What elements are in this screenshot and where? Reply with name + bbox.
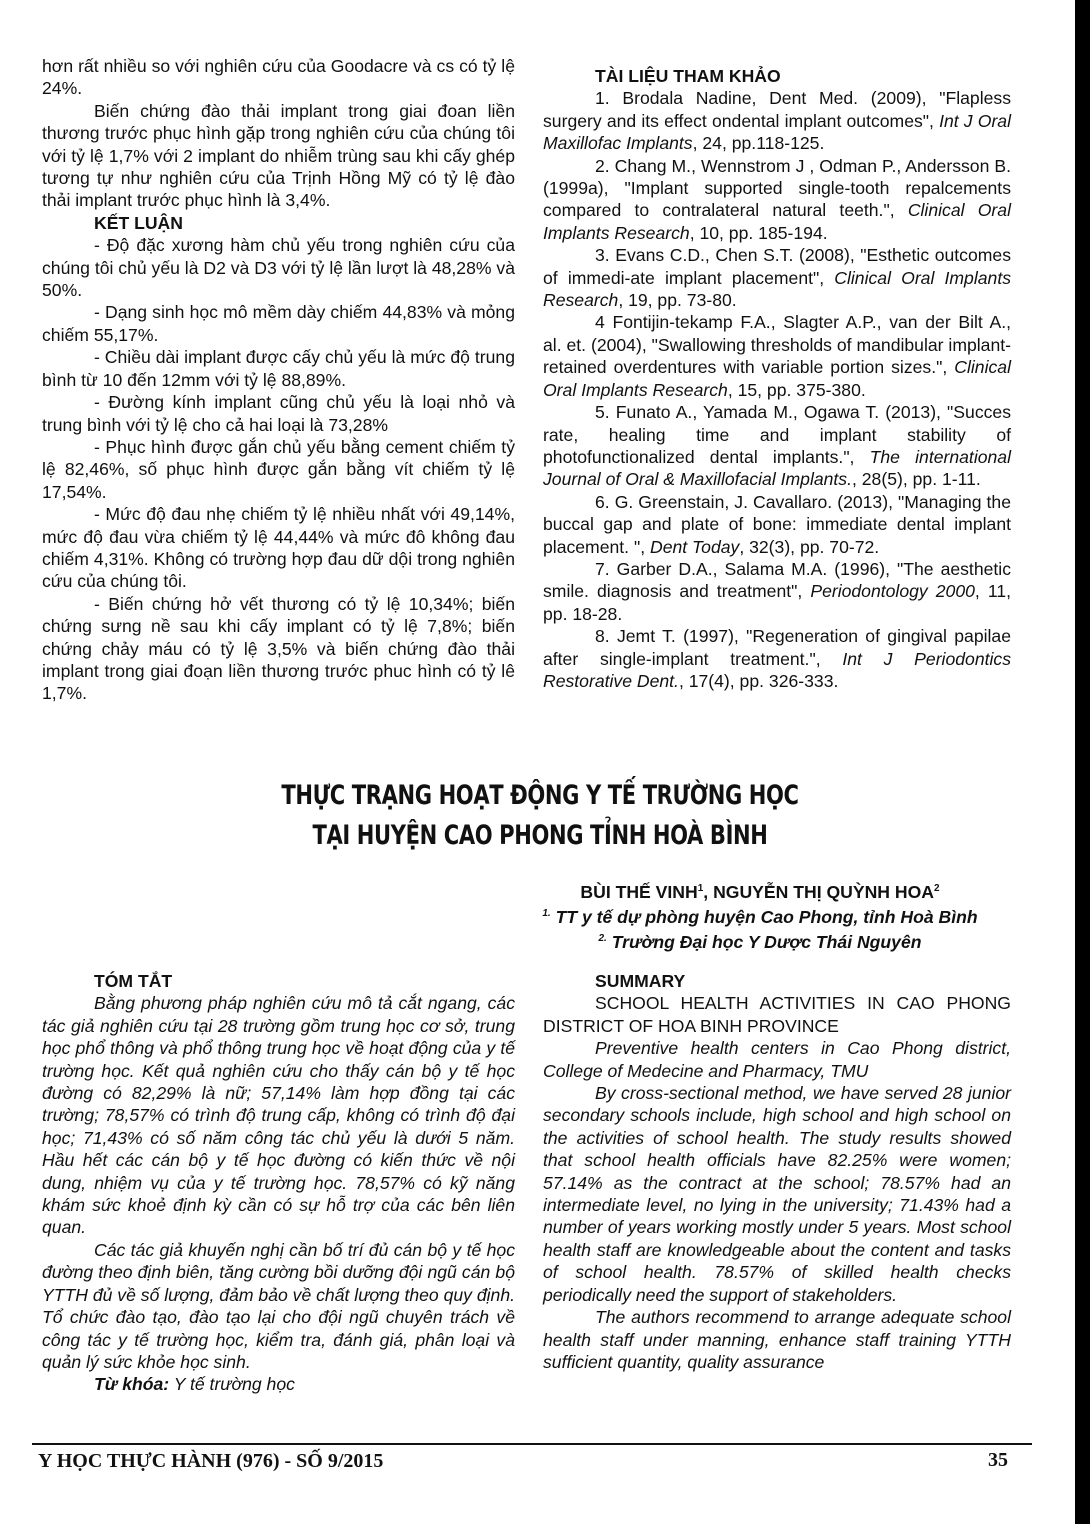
abstract-vi-paragraph: Bằng phương pháp nghiên cứu mô tả cắt ng…: [42, 992, 515, 1238]
conclusion-item: - Đường kính implant cũng chủ yếu là loạ…: [42, 391, 515, 436]
author-names: BÙI THẾ VINH1, NGUYỄN THỊ QUỲNH HOA2: [480, 878, 1040, 903]
article-title: THỰC TRẠNG HOẠT ĐỘNG Y TẾ TRƯỜNG HỌC TẠI…: [275, 776, 805, 856]
conclusion-item: - Chiều dài implant được cấy chủ yếu là …: [42, 346, 515, 391]
summary-paragraph: By cross-sectional method, we have serve…: [543, 1082, 1011, 1306]
conclusion-item: - Dạng sinh học mô mềm dày chiếm 44,83% …: [42, 301, 515, 346]
reference-item: 8. Jemt T. (1997), "Regeneration of ging…: [543, 625, 1011, 692]
reference-item: 4 Fontijin-tekamp F.A., Slagter A.P., va…: [543, 311, 1011, 401]
summary-affiliation: Preventive health centers in Cao Phong d…: [543, 1037, 1011, 1082]
conclusion-item: - Độ đặc xương hàm chủ yếu trong nghiên …: [42, 234, 515, 301]
reference-item: 5. Funato A., Yamada M., Ogawa T. (2013)…: [543, 401, 1011, 491]
author-1: BÙI THẾ VINH: [580, 882, 697, 902]
discussion-continuation: hơn rất nhiều so với nghiên cứu của Good…: [42, 55, 515, 100]
discussion-conclusion-column: hơn rất nhiều so với nghiên cứu của Good…: [42, 55, 515, 705]
reference-item: 3. Evans C.D., Chen S.T. (2008), "Esthet…: [543, 244, 1011, 311]
author-block: BÙI THẾ VINH1, NGUYỄN THỊ QUỲNH HOA2 1. …: [480, 878, 1040, 953]
affiliation-2: 2. Trường Đại học Y Dược Thái Nguyên: [480, 928, 1040, 953]
affiliation-1: 1. TT y tế dự phòng huyện Cao Phong, tỉn…: [480, 903, 1040, 928]
reference-item: 1. Brodala Nadine, Dent Med. (2009), "Fl…: [543, 87, 1011, 154]
reference-journal: Dent Today: [650, 537, 739, 557]
keywords-label: Từ khóa:: [94, 1374, 169, 1394]
conclusion-item: - Biến chứng hở vết thương có tỷ lệ 10,3…: [42, 593, 515, 705]
summary-title: SCHOOL HEALTH ACTIVITIES IN CAO PHONG DI…: [543, 992, 1011, 1037]
discussion-rejection-paragraph: Biến chứng đào thải implant trong giai đ…: [42, 100, 515, 212]
reference-item: 2. Chang M., Wennstrom J , Odman P., And…: [543, 155, 1011, 245]
abstract-vi-heading: TÓM TẮT: [42, 970, 515, 992]
footer-rule: [32, 1443, 1032, 1445]
reference-item: 6. G. Greenstain, J. Cavallaro. (2013), …: [543, 491, 1011, 558]
footer-journal-name: Y HỌC THỰC HÀNH (976) - SỐ 9/2015: [38, 1450, 383, 1473]
scan-border: [1075, 0, 1090, 1524]
reference-item: 7. Garber D.A., Salama M.A. (1996), "The…: [543, 558, 1011, 625]
summary-paragraph: The authors recommend to arrange adequat…: [543, 1306, 1011, 1373]
page-number: 35: [988, 1449, 1008, 1472]
conclusion-item: - Mức độ đau nhẹ chiếm tỷ lệ nhiều nhất …: [42, 503, 515, 593]
references-heading: TÀI LIỆU THAM KHẢO: [543, 65, 1011, 87]
references-column: TÀI LIỆU THAM KHẢO 1. Brodala Nadine, De…: [543, 65, 1011, 692]
reference-journal: Periodontology 2000: [810, 581, 975, 601]
author-2: NGUYỄN THỊ QUỲNH HOA: [713, 882, 934, 902]
abstract-english: SUMMARY SCHOOL HEALTH ACTIVITIES IN CAO …: [543, 970, 1011, 1373]
conclusion-item: - Phục hình được gắn chủ yếu bằng cement…: [42, 436, 515, 503]
abstract-vietnamese: TÓM TẮT Bằng phương pháp nghiên cứu mô t…: [42, 970, 515, 1396]
summary-heading: SUMMARY: [543, 970, 1011, 992]
article-title-line-2: TẠI HUYỆN CAO PHONG TỈNH HOÀ BÌNH: [275, 816, 805, 856]
article-title-line-1: THỰC TRẠNG HOẠT ĐỘNG Y TẾ TRƯỜNG HỌC: [275, 776, 805, 816]
conclusion-heading: KẾT LUẬN: [42, 212, 515, 234]
abstract-vi-paragraph: Các tác giả khuyến nghị cần bố trí đủ cá…: [42, 1239, 515, 1373]
keywords: Từ khóa: Y tế trường học: [42, 1373, 515, 1395]
